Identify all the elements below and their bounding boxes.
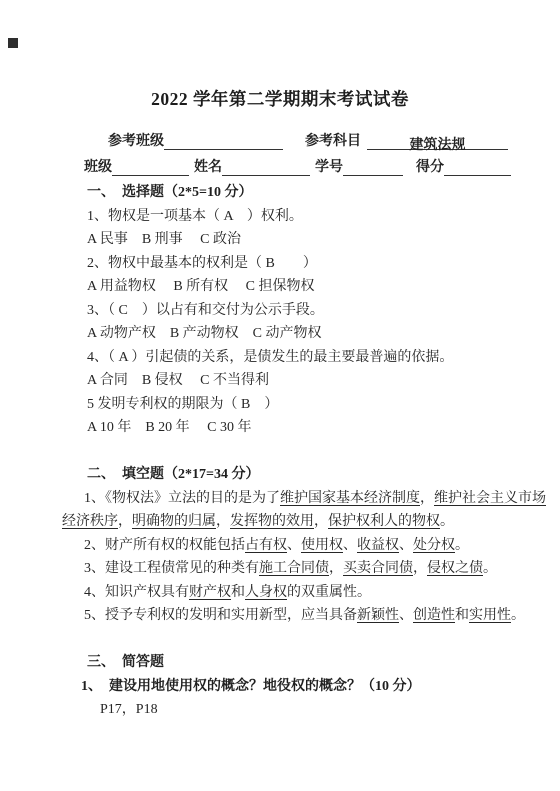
score-field (444, 160, 511, 176)
text-run: ， (118, 514, 132, 529)
blank-answer-underlined: 人身权 (245, 585, 287, 600)
text-run: 4、知识产权具有 (84, 585, 189, 600)
blank-answer-underlined: 财产权 (189, 585, 231, 600)
header-row-1: 参考班级参考科目建筑法规 (108, 130, 508, 150)
fill1-line2: 经济秩序，明确物的归属，发挥物的效用，保护权利人的物权。 (62, 510, 534, 534)
text-run: 。 (455, 538, 469, 553)
text-run: 3、（ C ）以占有和交付为公示手段。 (87, 303, 324, 318)
section2-heading: 二、 填空题（2*17=34 分） (62, 463, 534, 487)
fill5-line: 5、授予专利权的发明和实用新型，应当具备新颖性、创造性和实用性。 (62, 604, 534, 628)
name-field (222, 160, 310, 176)
text-run: 。 (511, 608, 525, 623)
blank-answer-underlined: 侵权之债 (427, 561, 483, 576)
blank-answer-underlined: 维护社会主义市场 (434, 491, 546, 506)
blank-answer-underlined: 发挥物的效用 (230, 514, 314, 529)
score-label: 得分 (416, 156, 444, 176)
text-run: A 民事 B 刑事 C 政治 (87, 232, 241, 247)
text-run: 5 发明专利权的期限为（ B ） (87, 397, 278, 412)
blank-answer-underlined: 维护国家基本经济制度 (280, 491, 420, 506)
text-run: 。 (483, 561, 497, 576)
text-run: A 用益物权 B 所有权 C 担保物权 (87, 279, 315, 294)
text-run: 。 (440, 514, 454, 529)
text-run: ， (314, 514, 328, 529)
blank-answer-underlined: 保护权利人的物权 (328, 514, 440, 529)
blank-answer-underlined: 实用性 (469, 608, 511, 623)
exam-paper-page: { "page": { "background": "#ffffff", "te… (0, 0, 560, 791)
text-run: 一、 选择题（2*5=10 分） (87, 185, 252, 200)
text-run: 1、《物权法》立法的目的是为了 (84, 491, 280, 506)
name-label: 姓名 (194, 156, 222, 176)
student-id-label: 学号 (315, 156, 343, 176)
text-run: 2、财产所有权的权能包括 (84, 538, 245, 553)
text-run: A 合同 B 侵权 C 不当得利 (87, 373, 269, 388)
text-run: ， (420, 491, 434, 506)
blank-answer-underlined: 买卖合同债 (343, 561, 413, 576)
ref-class-label: 参考班级 (108, 130, 164, 150)
text-run: 、 (287, 538, 301, 553)
blank-answer-underlined: 明确物的归属 (132, 514, 216, 529)
q5-stem: 5 发明专利权的期限为（ B ） (62, 393, 534, 417)
short-answer-q1: 1、 建设用地使用权的概念？地役权的概念？（10 分） (62, 675, 534, 699)
q3-options: A 动物产权 B 产动物权 C 动产物权 (62, 322, 534, 346)
q4-options: A 合同 B 侵权 C 不当得利 (62, 369, 534, 393)
section3-heading: 三、 简答题 (62, 651, 534, 675)
page-title: 2022 学年第二学期期末考试试卷 (20, 86, 540, 112)
text-run: ， (216, 514, 230, 529)
corner-mark (8, 38, 18, 48)
text-run: 3、建设工程债常见的种类有 (84, 561, 259, 576)
text-run: 1、 建设用地使用权的概念？地役权的概念？（10 分） (81, 679, 421, 694)
text-run: 三、 简答题 (87, 655, 164, 670)
spacer (62, 440, 534, 464)
class-label: 班级 (84, 156, 112, 176)
blank-answer-underlined: 收益权 (357, 538, 399, 553)
text-run: 和 (231, 585, 245, 600)
text-run: A 动物产权 B 产动物权 C 动产物权 (87, 326, 322, 341)
text-run: ， (329, 561, 343, 576)
fill4-line: 4、知识产权具有财产权和人身权的双重属性。 (62, 581, 534, 605)
fill2-line: 2、财产所有权的权能包括占有权、使用权、收益权、处分权。 (62, 534, 534, 558)
blank-answer-underlined: 创造性 (413, 608, 455, 623)
spacer (62, 628, 534, 652)
blank-answer-underlined: 经济秩序 (62, 514, 118, 529)
q5-options: A 10 年 B 20 年 C 30 年 (62, 416, 534, 440)
text-run: 、 (399, 538, 413, 553)
text-run: ， (413, 561, 427, 576)
fill1-line1: 1、《物权法》立法的目的是为了维护国家基本经济制度，维护社会主义市场 (62, 487, 534, 511)
q2-options: A 用益物权 B 所有权 C 担保物权 (62, 275, 534, 299)
q1-options: A 民事 B 刑事 C 政治 (62, 228, 534, 252)
header-row-2: 班级姓名学号得分 (84, 156, 511, 176)
text-run: A 10 年 B 20 年 C 30 年 (87, 420, 252, 435)
ref-subject-field: 建筑法规 (367, 134, 508, 150)
page-reference: P17，P18 (62, 698, 534, 722)
exam-body: 一、 选择题（2*5=10 分）1、物权是一项基本（ A ）权利。A 民事 B … (62, 181, 534, 722)
text-run: 和 (455, 608, 469, 623)
blank-answer-underlined: 施工合同债 (259, 561, 329, 576)
blank-answer-underlined: 新颖性 (357, 608, 399, 623)
section1-heading: 一、 选择题（2*5=10 分） (62, 181, 534, 205)
text-run: P17，P18 (100, 702, 158, 717)
text-run: 、 (399, 608, 413, 623)
fill3-line: 3、建设工程债常见的种类有施工合同债，买卖合同债，侵权之债。 (62, 557, 534, 581)
text-run: 4、（ A ）引起债的关系，是债发生的最主要最普遍的依据。 (87, 350, 453, 365)
text-run: 二、 填空题（2*17=34 分） (87, 467, 259, 482)
q1-stem: 1、物权是一项基本（ A ）权利。 (62, 205, 534, 229)
ref-subject-label: 参考科目 (305, 130, 361, 150)
class-field (112, 160, 189, 176)
ref-class-field (164, 134, 283, 150)
blank-answer-underlined: 使用权 (301, 538, 343, 553)
text-run: 5、授予专利权的发明和实用新型，应当具备 (84, 608, 357, 623)
blank-answer-underlined: 处分权 (413, 538, 455, 553)
text-run: 的双重属性。 (287, 585, 371, 600)
student-id-field (343, 160, 403, 176)
text-run: 1、物权是一项基本（ A ）权利。 (87, 209, 303, 224)
q4-stem: 4、（ A ）引起债的关系，是债发生的最主要最普遍的依据。 (62, 346, 534, 370)
q2-stem: 2、物权中最基本的权利是（ B ） (62, 252, 534, 276)
blank-answer-underlined: 占有权 (245, 538, 287, 553)
q3-stem: 3、（ C ）以占有和交付为公示手段。 (62, 299, 534, 323)
text-run: 2、物权中最基本的权利是（ B ） (87, 256, 317, 271)
text-run: 、 (343, 538, 357, 553)
